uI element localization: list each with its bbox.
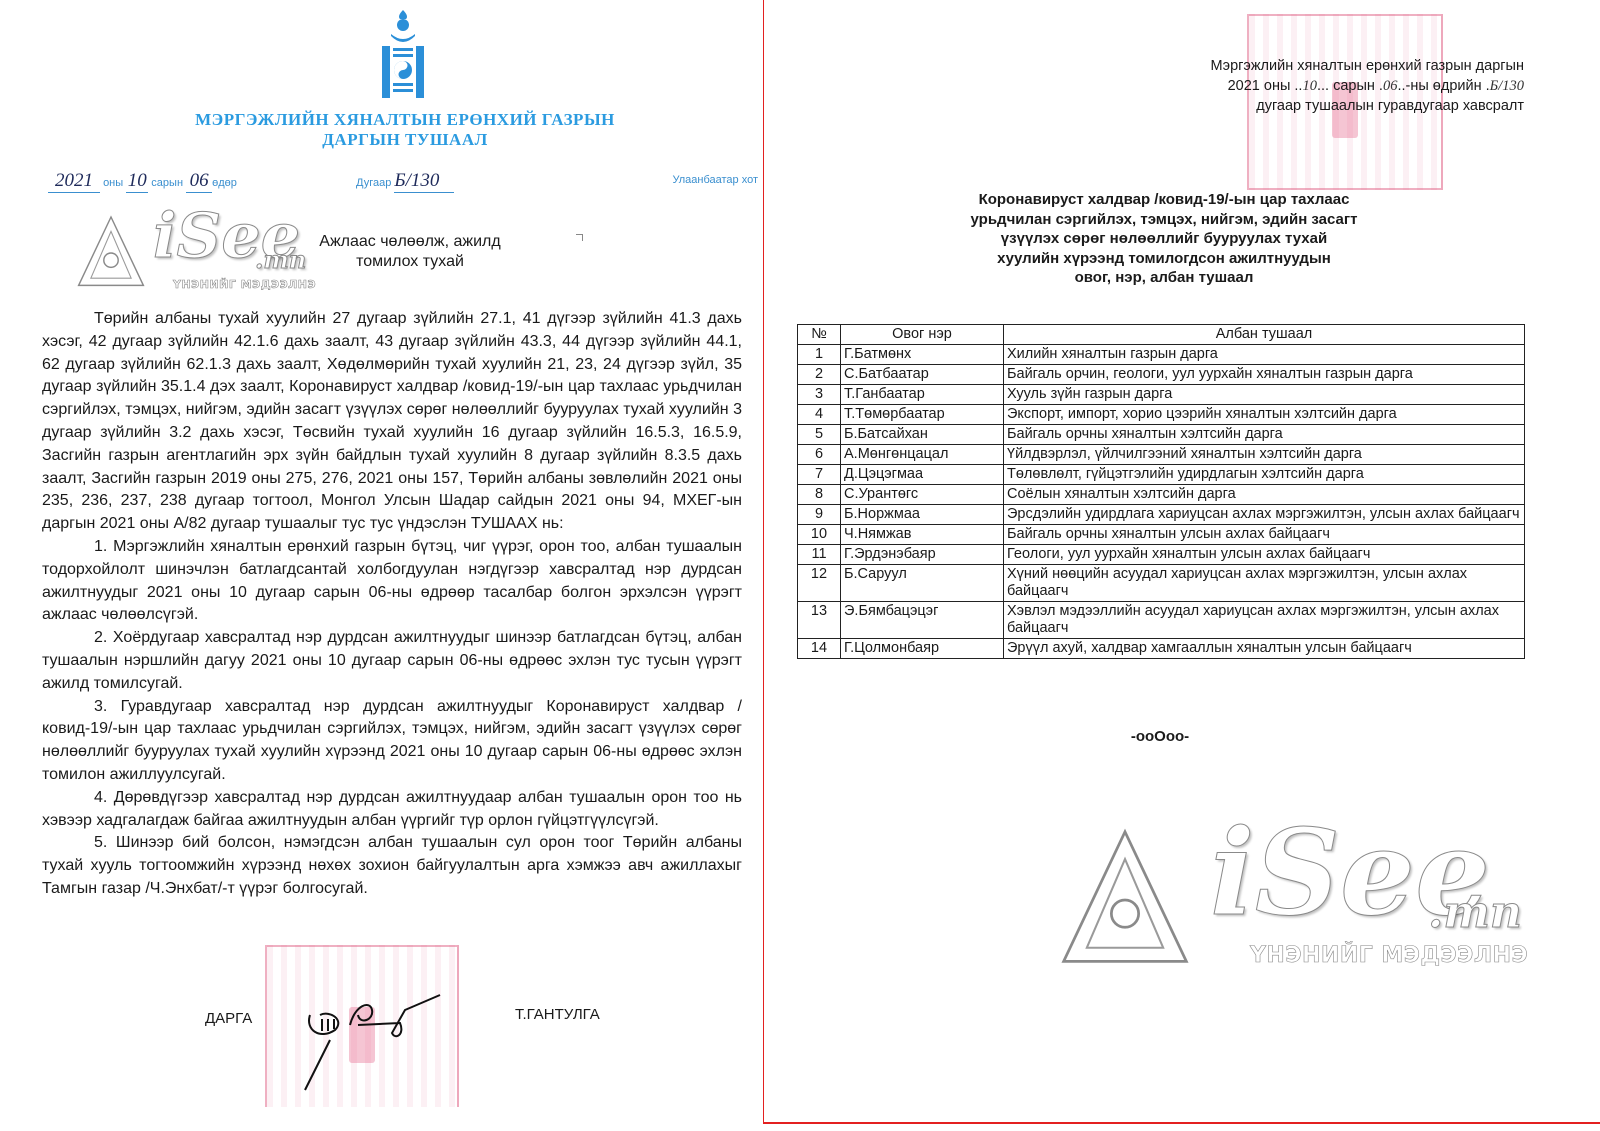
month-label: сарын <box>151 177 183 189</box>
cell-num: 4 <box>798 405 841 425</box>
handwritten-signature <box>300 985 450 1095</box>
order-city: Улаанбаатар хот <box>672 174 758 186</box>
cell-name: Б.Норжмаа <box>841 505 1004 525</box>
title-line: Коронавируст халдвар /ковид-19/-ын цар т… <box>914 190 1414 210</box>
body-paragraph: 3. Гуравдугаар хавсралтад нэр дурдсан аж… <box>42 696 742 787</box>
cell-name: Г.Эрдэнэбаяр <box>841 545 1004 565</box>
cell-num: 13 <box>798 602 841 639</box>
table-row: 11Г.ЭрдэнэбаярГеологи, уул уурхайн хянал… <box>798 545 1525 565</box>
cell-position: Геологи, уул уурхайн хяналтын улсын ахла… <box>1004 545 1525 565</box>
title-line: овог, нэр, албан тушаал <box>914 268 1414 288</box>
cell-name: Т.Ганбаатар <box>841 385 1004 405</box>
signer-name: Т.ГАНТУЛГА <box>515 1006 600 1023</box>
table-row: 7Д.ЦэцэгмааТөлөвлөлт, гүйцэтгэлийн удирд… <box>798 465 1525 485</box>
cell-position: Эрсдэлийн удирдлага хариуцсан ахлах мэрг… <box>1004 505 1525 525</box>
order-meta-row: 2021 оны 10 сарын 06өдөр Дугаар Б/130 Ул… <box>48 170 758 196</box>
annex-title: Коронавируст халдвар /ковид-19/-ын цар т… <box>914 190 1414 288</box>
cell-name: Ч.Нямжав <box>841 525 1004 545</box>
cell-name: С.Урантөгс <box>841 485 1004 505</box>
cell-num: 2 <box>798 365 841 385</box>
number-label: Дугаар <box>356 177 391 189</box>
table-row: 9Б.НоржмааЭрсдэлийн удирдлага хариуцсан … <box>798 505 1525 525</box>
cell-name: Д.Цэцэгмаа <box>841 465 1004 485</box>
subject-line: томилох тухай <box>280 252 540 272</box>
signer-title: ДАРГА <box>205 1010 252 1027</box>
cell-num: 3 <box>798 385 841 405</box>
annex-ref-text: ... сарын . <box>1317 78 1383 94</box>
annex-number: Б/130 <box>1490 78 1524 94</box>
body-paragraph: 2. Хоёрдугаар хавсралтад нэр дурдсан ажи… <box>42 627 742 695</box>
column-header-number: № <box>798 325 841 345</box>
order-month: 10 <box>126 170 148 193</box>
table-row: 1Г.БатмөнхХилийн хяналтын газрын дарга <box>798 345 1525 365</box>
order-document-page: МЭРГЭЖЛИЙН ХЯНАЛТЫН ЕРӨНХИЙ ГАЗРЫН ДАРГЫ… <box>0 0 763 1131</box>
table-row: 5Б.БатсайханБайгаль орчны хяналтын хэлтс… <box>798 425 1525 445</box>
cell-num: 12 <box>798 565 841 602</box>
cell-name: Т.Төмөрбаатар <box>841 405 1004 425</box>
page-bottom-border <box>763 1122 1600 1124</box>
isee-logo-icon <box>1050 825 1200 975</box>
cell-position: Байгаль орчны хяналтын хэлтсийн дарга <box>1004 425 1525 445</box>
staff-table: № Овог нэр Албан тушаал 1Г.БатмөнхХилийн… <box>797 324 1525 659</box>
cell-name: С.Батбаатар <box>841 365 1004 385</box>
cell-position: Төлөвлөлт, гүйцэтгэлийн удирдлагын хэлтс… <box>1004 465 1525 485</box>
cell-name: Э.Бямбацэцэг <box>841 602 1004 639</box>
isee-watermark: iSee .mn ҮНЭНИЙГ МЭДЭЭЛНЭ <box>75 205 305 300</box>
order-body: Төрийн албаны тухай хуулийн 27 дугаар зү… <box>42 308 742 901</box>
table-row: 2С.БатбаатарБайгаль орчин, геологи, уул … <box>798 365 1525 385</box>
table-row: 10Ч.НямжавБайгаль орчны хяналтын улсын а… <box>798 525 1525 545</box>
annex-month: 10 <box>1302 78 1317 94</box>
column-header-name: Овог нэр <box>841 325 1004 345</box>
table-row: 14Г.ЦолмонбаярЭрүүл ахуй, халдвар хамгаа… <box>798 639 1525 659</box>
cell-num: 11 <box>798 545 841 565</box>
soyombo-emblem-icon <box>378 8 428 100</box>
table-row: 12Б.СаруулХүний нөөцийн асуудал хариуцса… <box>798 565 1525 602</box>
annex-ref-text: ..-ны өдрийн . <box>1397 78 1489 94</box>
cell-name: Б.Саруул <box>841 565 1004 602</box>
annex-ref-line: Мэргэжлийн хяналтын ерөнхий газрын даргы… <box>1210 56 1524 76</box>
body-paragraph: 1. Мэргэжлийн хяналтын ерөнхий газрын бү… <box>42 536 742 627</box>
cell-num: 9 <box>798 505 841 525</box>
title-line: урьдчилан сэргийлэх, тэмцэх, нийгэм, эди… <box>914 210 1414 230</box>
watermark-brand: iSee <box>1210 803 1490 942</box>
day-label: өдөр <box>212 177 237 189</box>
watermark-brand: iSee <box>153 199 300 272</box>
order-subject: Ажлаас чөлөөлж, ажилд томилох тухай <box>280 232 540 272</box>
order-day: 06 <box>186 170 212 193</box>
cell-name: Г.Батмөнх <box>841 345 1004 365</box>
body-paragraph: Төрийн албаны тухай хуулийн 27 дугаар зү… <box>42 308 742 536</box>
cell-num: 5 <box>798 425 841 445</box>
order-date: 2021 оны 10 сарын 06өдөр <box>48 170 237 193</box>
order-number: Дугаар Б/130 <box>356 170 454 193</box>
column-header-position: Албан тушаал <box>1004 325 1525 345</box>
cell-position: Хилийн хяналтын газрын дарга <box>1004 345 1525 365</box>
annex-ref-line: 2021 оны ..10... сарын .06..-ны өдрийн .… <box>1210 76 1524 96</box>
title-line: хуулийн хүрээнд томилогдсон ажилтнуудын <box>914 249 1414 269</box>
cell-name: Б.Батсайхан <box>841 425 1004 445</box>
table-row: 8С.УрантөгсСоёлын хяналтын хэлтсийн дарг… <box>798 485 1525 505</box>
annex-reference: Мэргэжлийн хяналтын ерөнхий газрын даргы… <box>1210 56 1524 116</box>
annex-day: 06 <box>1383 78 1398 94</box>
cell-position: Хууль зүйн газрын дарга <box>1004 385 1525 405</box>
watermark-domain: .mn <box>1428 887 1522 938</box>
cell-num: 8 <box>798 485 841 505</box>
table-header-row: № Овог нэр Албан тушаал <box>798 325 1525 345</box>
watermark-tagline: ҮНЭНИЙГ МЭДЭЭЛНЭ <box>173 278 316 291</box>
corner-mark <box>576 234 583 241</box>
table-row: 13Э.БямбацэцэгХэвлэл мэдээллийн асуудал … <box>798 602 1525 639</box>
cell-position: Байгаль орчны хяналтын улсын ахлах байца… <box>1004 525 1525 545</box>
isee-watermark: iSee .mn ҮНЭНИЙГ МЭДЭЭЛНЭ <box>1050 825 1510 975</box>
title-line: үзүүлэх сөрөг нөлөөллийг бууруулах тухай <box>914 229 1414 249</box>
cell-num: 1 <box>798 345 841 365</box>
isee-logo-icon <box>75 213 147 293</box>
order-number-value: Б/130 <box>394 170 454 193</box>
body-paragraph: 5. Шинээр бий болсон, нэмэгдсэн албан ту… <box>42 832 742 900</box>
table-row: 4Т.ТөмөрбаатарЭкспорт, импорт, хорио цээ… <box>798 405 1525 425</box>
watermark-tagline: ҮНЭНИЙГ МЭДЭЭЛНЭ <box>1250 943 1528 968</box>
table-row: 3Т.ГанбаатарХууль зүйн газрын дарга <box>798 385 1525 405</box>
cell-position: Соёлын хяналтын хэлтсийн дарга <box>1004 485 1525 505</box>
cell-position: Байгаль орчин, геологи, уул уурхайн хяна… <box>1004 365 1525 385</box>
year-label: оны <box>103 177 123 189</box>
body-paragraph: 4. Дөрөвдүгээр хавсралтад нэр дурдсан аж… <box>42 787 742 833</box>
cell-position: Үйлдвэрлэл, үйлчилгээний хяналтын хэлтси… <box>1004 445 1525 465</box>
annex-ref-text: 2021 оны .. <box>1228 78 1303 94</box>
cell-num: 6 <box>798 445 841 465</box>
order-year: 2021 <box>48 170 100 193</box>
cell-name: Г.Цолмонбаяр <box>841 639 1004 659</box>
cell-position: Экспорт, импорт, хорио цээрийн хяналтын … <box>1004 405 1525 425</box>
cell-position: Эрүүл ахуй, халдвар хамгааллын хяналтын … <box>1004 639 1525 659</box>
table-row: 6А.МөнгөнцацалҮйлдвэрлэл, үйлчилгээний х… <box>798 445 1525 465</box>
end-mark: -ooOoo- <box>1060 728 1260 745</box>
cell-name: А.Мөнгөнцацал <box>841 445 1004 465</box>
cell-position: Хүний нөөцийн асуудал хариуцсан ахлах мэ… <box>1004 565 1525 602</box>
document-type-title: ДАРГЫН ТУШААЛ <box>100 130 710 150</box>
cell-num: 7 <box>798 465 841 485</box>
annex-ref-line: дугаар тушаалын гуравдугаар хавсралт <box>1210 96 1524 116</box>
cell-position: Хэвлэл мэдээллийн асуудал хариуцсан ахла… <box>1004 602 1525 639</box>
cell-num: 10 <box>798 525 841 545</box>
subject-line: Ажлаас чөлөөлж, ажилд <box>280 232 540 252</box>
organization-title: МЭРГЭЖЛИЙН ХЯНАЛТЫН ЕРӨНХИЙ ГАЗРЫН <box>100 110 710 130</box>
cell-num: 14 <box>798 639 841 659</box>
